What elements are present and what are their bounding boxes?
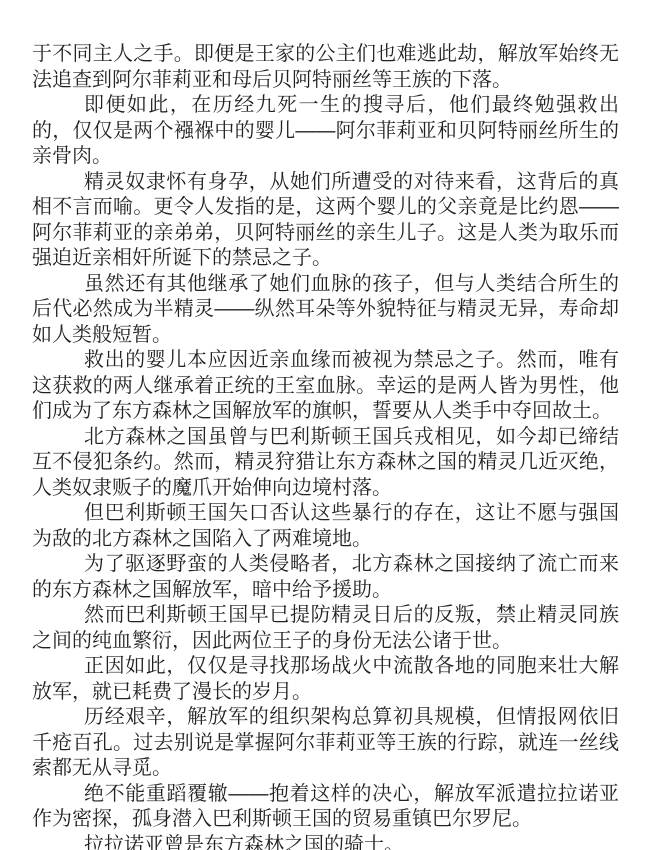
paragraph: 但巴利斯顿王国矢口否认这些暴行的存在，这让不愿与强国为敌的北方森林之国陷入了两难… <box>32 501 619 552</box>
reader-page: 于不同主人之手。即便是王家的公主们也难逃此劫，解放军始终无法追查到阿尔菲莉亚和母… <box>0 0 650 850</box>
paragraph: 于不同主人之手。即便是王家的公主们也难逃此劫，解放军始终无法追查到阿尔菲莉亚和母… <box>32 42 619 93</box>
paragraph: 虽然还有其他继承了她们血脉的孩子，但与人类结合所生的后代必然成为半精灵——纵然耳… <box>32 272 619 349</box>
paragraph: 救出的婴儿本应因近亲血缘而被视为禁忌之子。然而，唯有这获救的两人继承着正统的王室… <box>32 348 619 425</box>
paragraph: 正因如此，仅仅是寻找那场战火中流散各地的同胞来壮大解放军，就已耗费了漫长的岁月。 <box>32 654 619 705</box>
paragraph: 即便如此，在历经九死一生的搜寻后，他们最终勉强救出的，仅仅是两个襁褓中的婴儿——… <box>32 93 619 170</box>
paragraph: 精灵奴隶怀有身孕，从她们所遭受的对待来看，这背后的真相不言而喻。更令人发指的是，… <box>32 170 619 272</box>
paragraph: 为了驱逐野蛮的人类侵略者，北方森林之国接纳了流亡而来的东方森林之国解放军，暗中给… <box>32 552 619 603</box>
paragraph: 然而巴利斯顿王国早已提防精灵日后的反叛，禁止精灵同族之间的纯血繁衍，因此两位王子… <box>32 603 619 654</box>
paragraph: 绝不能重蹈覆辙——抱着这样的决心，解放军派遣拉拉诺亚作为密探，孤身潜入巴利斯顿王… <box>32 782 619 833</box>
paragraph: 拉拉诺亚曾是东方森林之国的骑士。 <box>32 833 619 850</box>
paragraph: 历经艰辛，解放军的组织架构总算初具规模，但情报网依旧千疮百孔。过去别说是掌握阿尔… <box>32 705 619 782</box>
paragraph: 北方森林之国虽曾与巴利斯顿王国兵戎相见，如今却已缔结互不侵犯条约。然而，精灵狩猎… <box>32 425 619 502</box>
